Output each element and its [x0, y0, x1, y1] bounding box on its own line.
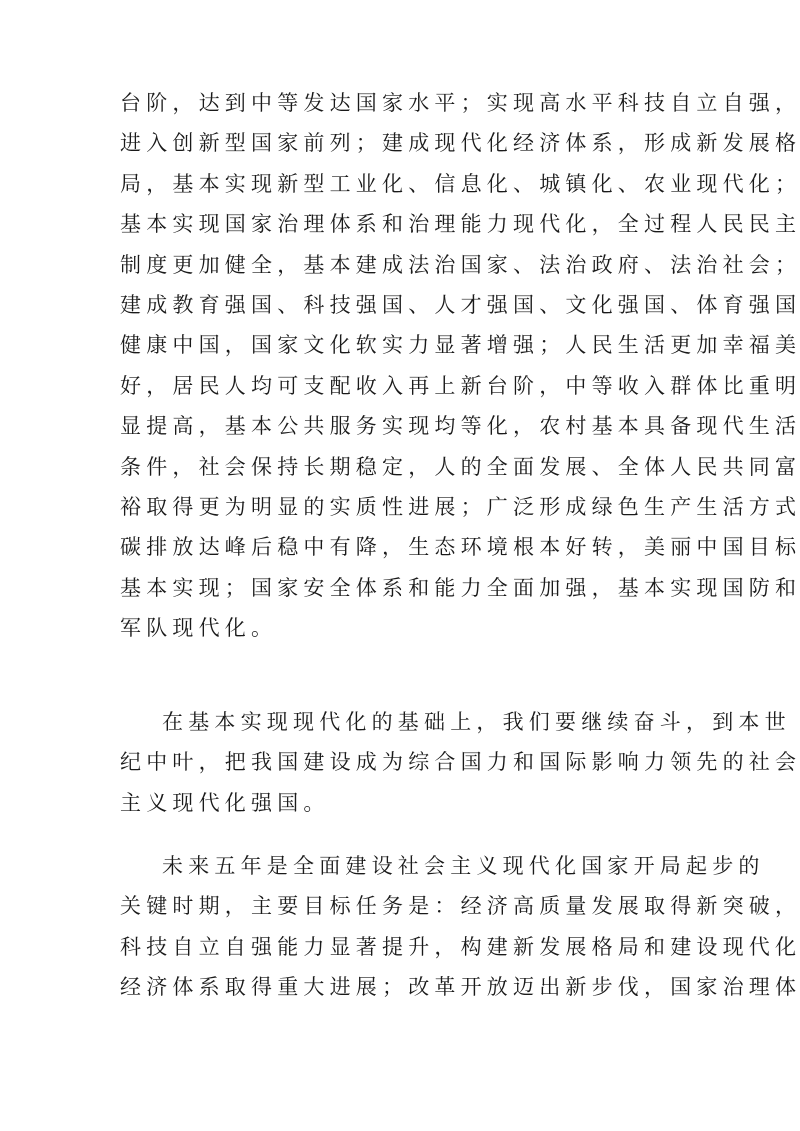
- paragraph-3: 未来五年是全面建设社会主义现代化国家开局起步的 关键时期，主要目标任务是：经济高…: [120, 846, 695, 1008]
- text-line: 军队现代化。: [120, 608, 695, 648]
- text-line: 进入创新型国家前列；建成现代化经济体系，形成新发展格: [120, 123, 695, 163]
- text-line: 碳排放达峰后稳中有降，生态环境根本好转，美丽中国目标: [120, 527, 695, 567]
- text-line: 基本实现国家治理体系和治理能力现代化，全过程人民民主: [120, 204, 695, 244]
- text-line: 局，基本实现新型工业化、信息化、城镇化、农业现代化；: [120, 164, 695, 204]
- paragraph-1: 台阶，达到中等发达国家水平；实现高水平科技自立自强， 进入创新型国家前列；建成现…: [120, 83, 695, 648]
- text-line: 经济体系取得重大进展；改革开放迈出新步伐，国家治理体: [120, 967, 695, 1007]
- text-line: 建成教育强国、科技强国、人才强国、文化强国、体育强国、: [120, 285, 695, 325]
- text-line: 裕取得更为明显的实质性进展；广泛形成绿色生产生活方式，: [120, 487, 695, 527]
- text-line: 主义现代化强国。: [120, 783, 695, 823]
- text-line: 基本实现；国家安全体系和能力全面加强，基本实现国防和: [120, 568, 695, 608]
- text-line: 条件，社会保持长期稳定，人的全面发展、全体人民共同富: [120, 447, 695, 487]
- text-line: 未来五年是全面建设社会主义现代化国家开局起步的: [120, 846, 695, 886]
- text-line: 纪中叶，把我国建设成为综合国力和国际影响力领先的社会: [120, 742, 695, 782]
- text-line: 好，居民人均可支配收入再上新台阶，中等收入群体比重明: [120, 366, 695, 406]
- text-line: 显提高，基本公共服务实现均等化，农村基本具备现代生活: [120, 406, 695, 446]
- text-line: 在基本实现现代化的基础上，我们要继续奋斗，到本世: [120, 702, 695, 742]
- text-line: 科技自立自强能力显著提升，构建新发展格局和建设现代化: [120, 927, 695, 967]
- document-page: 台阶，达到中等发达国家水平；实现高水平科技自立自强， 进入创新型国家前列；建成现…: [0, 0, 800, 1131]
- text-line: 制度更加健全，基本建成法治国家、法治政府、法治社会；: [120, 245, 695, 285]
- text-line: 台阶，达到中等发达国家水平；实现高水平科技自立自强，: [120, 83, 695, 123]
- text-line: 健康中国，国家文化软实力显著增强；人民生活更加幸福美: [120, 325, 695, 365]
- text-line: 关键时期，主要目标任务是：经济高质量发展取得新突破，: [120, 886, 695, 926]
- paragraph-2: 在基本实现现代化的基础上，我们要继续奋斗，到本世 纪中叶，把我国建设成为综合国力…: [120, 702, 695, 823]
